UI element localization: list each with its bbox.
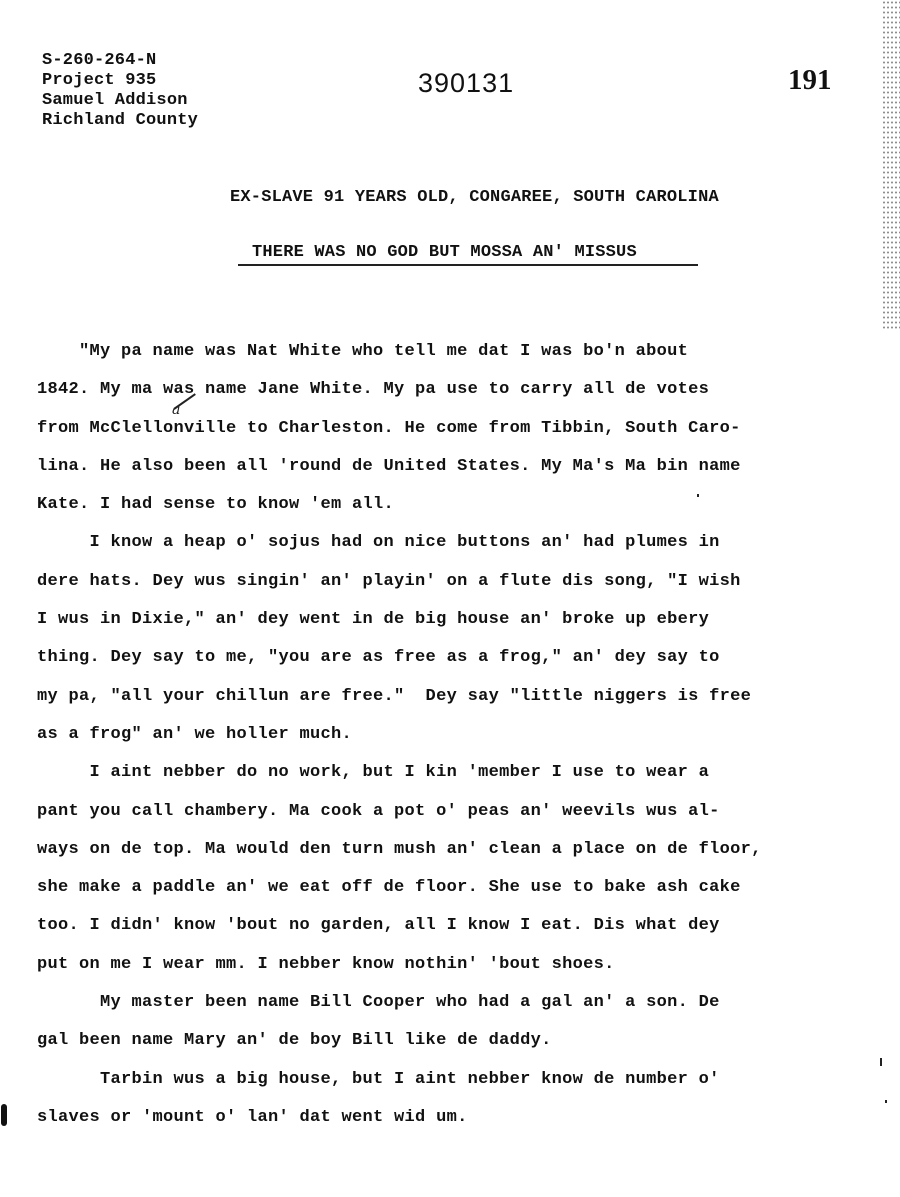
body-line: as a frog" an' we holler much. bbox=[37, 721, 827, 759]
body-line: I aint nebber do no work, but I kin 'mem… bbox=[37, 759, 827, 797]
document-page: S-260-264-N Project 935 Samuel Addison R… bbox=[0, 0, 900, 1197]
body-line: too. I didn' know 'bout no garden, all I… bbox=[37, 912, 827, 950]
body-line: gal been name Mary an' de boy Bill like … bbox=[37, 1027, 827, 1065]
body-line: dere hats. Dey wus singin' an' playin' o… bbox=[37, 568, 827, 606]
project-number: Project 935 bbox=[42, 71, 198, 91]
body-line: ways on de top. Ma would den turn mush a… bbox=[37, 836, 827, 874]
narrative-body: "My pa name was Nat White who tell me da… bbox=[37, 338, 827, 1142]
stray-speck bbox=[697, 494, 699, 497]
body-line: put on me I wear mm. I nebber know nothi… bbox=[37, 951, 827, 989]
body-line: from McClellonville to Charleston. He co… bbox=[37, 415, 827, 453]
body-line: lina. He also been all 'round de United … bbox=[37, 453, 827, 491]
author-name: Samuel Addison bbox=[42, 91, 198, 111]
body-line: Kate. I had sense to know 'em all. bbox=[37, 491, 827, 529]
binding-hole-mark bbox=[1, 1104, 7, 1126]
stray-speck bbox=[880, 1058, 882, 1066]
body-line: pant you call chambery. Ma cook a pot o'… bbox=[37, 798, 827, 836]
document-title: EX-SLAVE 91 YEARS OLD, CONGAREE, SOUTH C… bbox=[230, 188, 719, 207]
body-line: "My pa name was Nat White who tell me da… bbox=[37, 338, 827, 376]
document-subtitle: THERE WAS NO GOD BUT MOSSA AN' MISSUS bbox=[238, 243, 698, 266]
body-line: I know a heap o' sojus had on nice butto… bbox=[37, 529, 827, 567]
body-line: my pa, "all your chillun are free." Dey … bbox=[37, 683, 827, 721]
header-reference-block: S-260-264-N Project 935 Samuel Addison R… bbox=[42, 51, 198, 131]
body-line: My master been name Bill Cooper who had … bbox=[37, 989, 827, 1027]
stray-speck bbox=[885, 1100, 887, 1103]
reference-code: S-260-264-N bbox=[42, 51, 198, 71]
body-line: I wus in Dixie," an' dey went in de big … bbox=[37, 606, 827, 644]
body-line: slaves or 'mount o' lan' dat went wid um… bbox=[37, 1104, 827, 1142]
page-number: 191 bbox=[788, 64, 832, 97]
scan-edge-noise bbox=[882, 0, 900, 330]
document-number: 390131 bbox=[418, 68, 514, 99]
county-name: Richland County bbox=[42, 111, 198, 131]
body-line: 1842. My ma was name Jane White. My pa u… bbox=[37, 376, 827, 414]
body-line: Tarbin wus a big house, but I aint nebbe… bbox=[37, 1066, 827, 1104]
body-line: she make a paddle an' we eat off de floo… bbox=[37, 874, 827, 912]
body-line: thing. Dey say to me, "you are as free a… bbox=[37, 644, 827, 682]
